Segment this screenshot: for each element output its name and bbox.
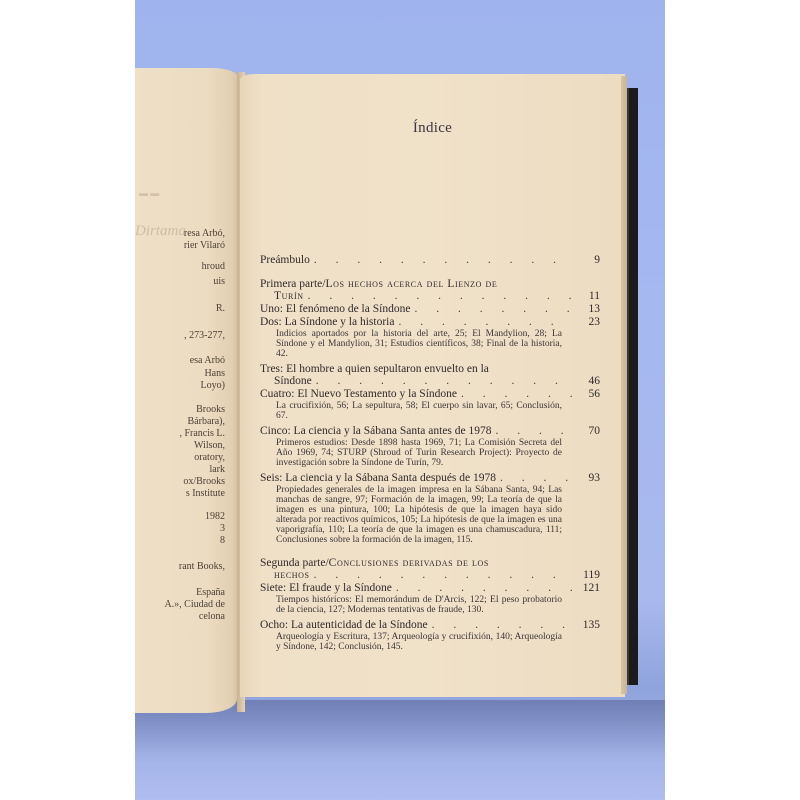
credit-fragment: Brooks: [196, 404, 225, 415]
credit-fragment: lark: [209, 464, 225, 475]
left-page-bleed-mark: ▬ ▬: [139, 188, 159, 198]
table-of-contents: Preámbulo. . . . . . . . . . . . . . . .…: [260, 254, 600, 652]
credit-fragment: España: [196, 587, 225, 598]
toc-page-number: 70: [572, 425, 600, 437]
toc-entry[interactable]: Cinco: La ciencia y la Sábana Santa ante…: [260, 425, 600, 468]
left-page-bleed-heading: Dirtama: [135, 223, 186, 240]
toc-entry[interactable]: Primera parte/Los hechos acerca del Lien…: [260, 278, 600, 302]
toc-entry[interactable]: Siete: El fraude y la Síndone. . . . . .…: [260, 582, 600, 615]
leader-dots: . . . . . . . . . . . . . . . . . . . . …: [310, 569, 572, 581]
toc-page-number: 93: [572, 472, 600, 484]
toc-entry[interactable]: Uno: El fenómeno de la Síndone. . . . . …: [260, 303, 600, 315]
credit-fragment: Bárbara),: [188, 416, 225, 427]
toc-entry[interactable]: Segunda parte/Conclusiones derivadas de …: [260, 557, 600, 581]
credit-fragment: Hans: [204, 368, 225, 379]
toc-entry[interactable]: Tres: El hombre a quien sepultaron envue…: [260, 363, 600, 387]
leader-dots: . . . . . . . . . . . . . . . . . . . . …: [428, 619, 572, 631]
leader-dots: . . . . . . . . . . . . . . . . . . . . …: [304, 290, 572, 302]
credit-fragment: ox/Brooks: [183, 476, 225, 487]
credit-fragment: A.», Ciudad de: [164, 599, 225, 610]
credit-fragment: resa Arbó,: [184, 228, 225, 239]
toc-subsections: Indicios aportados por la historia del a…: [260, 329, 600, 359]
credit-fragment: 8: [220, 535, 225, 546]
credit-fragment: s Institute: [186, 488, 225, 499]
toc-page-number: 9: [572, 254, 600, 266]
toc-entry[interactable]: Dos: La Síndone y la historia. . . . . .…: [260, 316, 600, 359]
toc-entry-title: Cinco: La ciencia y la Sábana Santa ante…: [260, 425, 492, 437]
credit-fragment: uis: [213, 276, 225, 287]
leader-dots: . . . . . . . . . . . . . . . . . . . . …: [410, 303, 572, 315]
leader-dots: . . . . . . . . . . . . . . . . . . . . …: [312, 375, 572, 387]
toc-entry-title: Siete: El fraude y la Síndone: [260, 582, 392, 594]
toc-entry[interactable]: Ocho: La autenticidad de la Síndone. . .…: [260, 619, 600, 652]
toc-entry-title: Dos: La Síndone y la historia: [260, 316, 394, 328]
toc-entry-title: Conclusiones derivadas de los: [329, 557, 489, 569]
page-title: Índice: [240, 120, 625, 137]
toc-page-number: 121: [572, 582, 600, 594]
credit-fragment: 3: [220, 523, 225, 534]
credit-fragment: rant Books,: [179, 561, 225, 572]
toc-entry-title: Preámbulo: [260, 254, 310, 266]
credit-fragment: esa Arbó: [190, 355, 225, 366]
book-cover-edge: [627, 88, 638, 685]
leader-dots: . . . . . . . . . . . . . . . . . . . . …: [310, 254, 572, 266]
left-page: ▬ ▬ Dirtama resa Arbó,rier Vilaróhroudui…: [135, 68, 237, 713]
credit-fragment: R.: [216, 303, 225, 314]
leader-dots: . . . . . . . . . . . . . . . . . . . . …: [496, 472, 572, 484]
credit-fragment: hroud: [202, 261, 225, 272]
credit-fragment: celona: [199, 611, 225, 622]
toc-subsections: Propiedades generales de la imagen impre…: [260, 485, 600, 545]
toc-entry-title: Cuatro: El Nuevo Testamento y la Síndone: [260, 388, 457, 400]
toc-page-number: 23: [572, 316, 600, 328]
toc-page-number: 46: [572, 375, 600, 387]
toc-entry-title: hechos: [274, 569, 310, 581]
toc-page-number: 119: [572, 569, 600, 581]
book-photo: ▬ ▬ Dirtama resa Arbó,rier Vilaróhroudui…: [135, 0, 665, 800]
toc-entry-title: Turín: [274, 290, 304, 302]
leader-dots: . . . . . . . . . . . . . . . . . . . . …: [492, 425, 572, 437]
toc-entry[interactable]: Preámbulo. . . . . . . . . . . . . . . .…: [260, 254, 600, 266]
credit-fragment: 1982: [205, 511, 225, 522]
toc-entry[interactable]: Seis: La ciencia y la Sábana Santa despu…: [260, 472, 600, 545]
toc-entry-title: Seis: La ciencia y la Sábana Santa despu…: [260, 472, 496, 484]
toc-entry-title: Primera parte/: [260, 278, 325, 290]
toc-entry-title: Ocho: La autenticidad de la Síndone: [260, 619, 428, 631]
toc-page-number: 11: [572, 290, 600, 302]
toc-page-number: 13: [572, 303, 600, 315]
credit-fragment: , Francis L.: [179, 428, 225, 439]
credit-fragment: Wilson,: [194, 440, 225, 451]
toc-subsections: Tiempos históricos: El memorándum de D'A…: [260, 595, 600, 615]
leader-dots: . . . . . . . . . . . . . . . . . . . . …: [457, 388, 572, 400]
toc-entry-title: Uno: El fenómeno de la Síndone: [260, 303, 410, 315]
toc-entry[interactable]: Cuatro: El Nuevo Testamento y la Síndone…: [260, 388, 600, 421]
toc-subsections: Arqueología y Escritura, 137; Arqueologí…: [260, 632, 600, 652]
leader-dots: . . . . . . . . . . . . . . . . . . . . …: [392, 582, 572, 594]
leader-dots: . . . . . . . . . . . . . . . . . . . . …: [394, 316, 572, 328]
toc-entry-title: Los hechos acerca del Lienzo de: [325, 278, 497, 290]
right-page: Índice Preámbulo. . . . . . . . . . . . …: [240, 74, 625, 697]
toc-entry-title: Segunda parte/: [260, 557, 329, 569]
toc-page-number: 56: [572, 388, 600, 400]
toc-entry-title: Tres: El hombre a quien sepultaron envue…: [260, 363, 489, 375]
toc-subsections: La crucifixión, 56; La sepultura, 58; El…: [260, 401, 600, 421]
credit-fragment: rier Vilaró: [184, 240, 225, 251]
toc-subsections: Primeros estudios: Desde 1898 hasta 1969…: [260, 438, 600, 468]
toc-entry-title: Síndone: [274, 375, 312, 387]
credit-fragment: , 273-277,: [184, 330, 225, 341]
toc-page-number: 135: [572, 619, 600, 631]
credit-fragment: oratory,: [194, 452, 225, 463]
credit-fragment: Loyo): [201, 380, 225, 391]
